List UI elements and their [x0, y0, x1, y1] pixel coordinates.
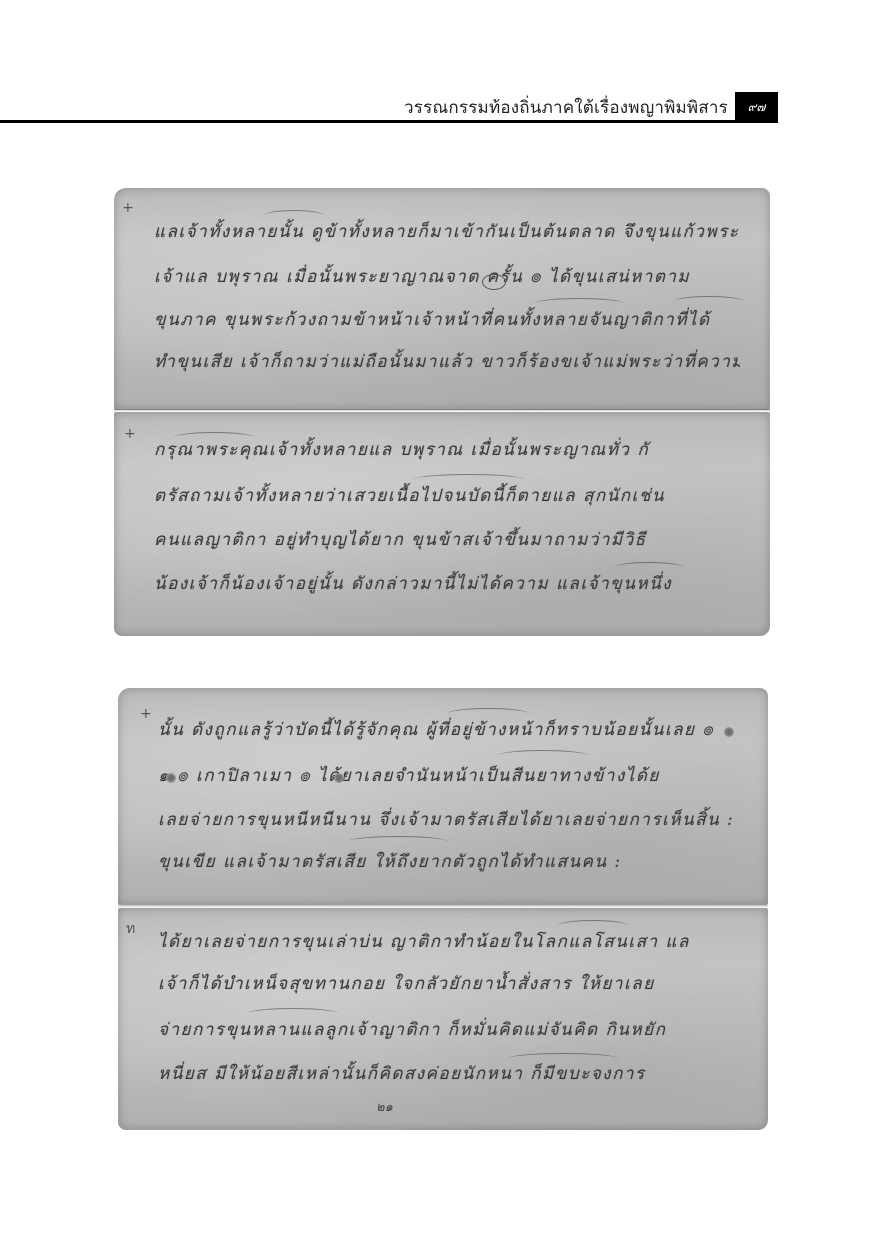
manuscript-line: หนี่ยส มีให้น้อยสีเหล่านั้นก็คิดสงค่อยนั… — [158, 1060, 738, 1100]
manuscript-leaf-upper: + แลเจ้าทั้งหลายนั้น ดูข้าทั้งหลายก็มาเข… — [114, 188, 770, 410]
binding-hole — [724, 727, 734, 737]
manuscript-line: เจ้าแล บพุราณ เมื่อนั้นพระยาญาณจาต ครั้น… — [154, 263, 740, 303]
binding-hole — [334, 773, 344, 783]
manuscript-leaf-lower: + กรุณาพระคุณเจ้าทั้งหลายแล บพุราณ เมื่อ… — [114, 412, 770, 636]
manuscript-line: น้องเจ้าก็น้องเจ้าอยู่นั้น ดังกล่าวมานี้… — [154, 570, 740, 610]
script-flourish — [498, 750, 588, 761]
book-title: วรรณกรรมท้องถิ่นภาคใต้เรื่องพญาพิมพิสาร — [404, 94, 728, 121]
binding-hole — [482, 274, 506, 290]
running-header: วรรณกรรมท้องถิ่นภาคใต้เรื่องพญาพิมพิสาร … — [0, 88, 778, 124]
manuscript-line: เลยจ่ายการขุนหนีหนีนาน จึ่งเจ้ามาตรัสเสี… — [158, 806, 738, 846]
script-flourish — [448, 708, 528, 719]
script-flourish — [248, 1008, 338, 1019]
script-flourish — [534, 298, 624, 309]
script-flourish — [614, 562, 684, 573]
manuscript-line: ขุนภาค ขุนพระก้วงถามข้าหน้าเจ้าหน้าที่คน… — [154, 306, 740, 346]
manuscript-line: ได้ยาเลยจ่ายการขุนเล่าบ่น ญาติกาทำน้อยใน… — [158, 928, 738, 968]
script-flourish — [674, 296, 744, 307]
script-flourish — [414, 474, 524, 485]
manuscript-line: ทำขุนเสีย เจ้าก็ถามว่าแม่ถือนั้นมาแล้ว ข… — [154, 348, 740, 388]
script-flourish — [558, 920, 628, 931]
folio-number: ๒๑ — [376, 1096, 393, 1117]
manuscript-line: ๑ ๏ เกาปิลาเมา ๏ ได้ยาเลยจำนันหน้าเป็นสี… — [158, 762, 738, 802]
margin-cross-mark: + — [140, 706, 152, 722]
script-flourish — [508, 1053, 618, 1064]
manuscript-line: คนแลญาติกา อยู่ทำบุญได้ยาก ขุนข้าสเจ้าขึ… — [154, 526, 740, 566]
script-flourish — [348, 836, 448, 847]
manuscript-line: ขุนเขีย แลเจ้ามาตรัสเสีย ให้ถึงยากตัวถูก… — [158, 848, 738, 888]
page-number: ๙๗ — [735, 92, 778, 122]
header-rule — [0, 120, 778, 123]
manuscript-line: แลเจ้าทั้งหลายนั้น ดูข้าทั้งหลายก็มาเข้า… — [154, 218, 740, 258]
manuscript-line: นั้น ดังถูกแลรู้ว่าบัดนี้ได้รู้จักคุณ ผู… — [158, 716, 738, 756]
manuscript-leaf-lower: ท ได้ยาเลยจ่ายการขุนเล่าบ่น ญาติกาทำน้อย… — [118, 908, 768, 1130]
margin-cross-mark: + — [122, 200, 134, 216]
margin-cross-mark: + — [124, 426, 136, 442]
manuscript-line: ตรัสถามเจ้าทั้งหลายว่าเสวยเนื้อไปจนบัดนี… — [154, 482, 740, 522]
manuscript-photo-2: + นั้น ดังถูกแลรู้ว่าบัดนี้ได้รู้จักคุณ … — [118, 688, 768, 1130]
manuscript-line: จ่ายการขุนหลานแลลูกเจ้าญาติกา ก็หมั่นคิด… — [158, 1016, 738, 1056]
manuscript-leaf-upper: + นั้น ดังถูกแลรู้ว่าบัดนี้ได้รู้จักคุณ … — [118, 688, 768, 905]
script-flourish — [174, 432, 254, 443]
manuscript-photo-1: + แลเจ้าทั้งหลายนั้น ดูข้าทั้งหลายก็มาเข… — [114, 188, 770, 636]
binding-hole — [166, 773, 176, 783]
margin-mark: ท — [126, 918, 135, 940]
manuscript-line: เจ้าก็ได้บำเหน็จสุขทานกอย ใจกลัวยักยาน้ำ… — [158, 970, 738, 1010]
script-flourish — [264, 210, 324, 221]
